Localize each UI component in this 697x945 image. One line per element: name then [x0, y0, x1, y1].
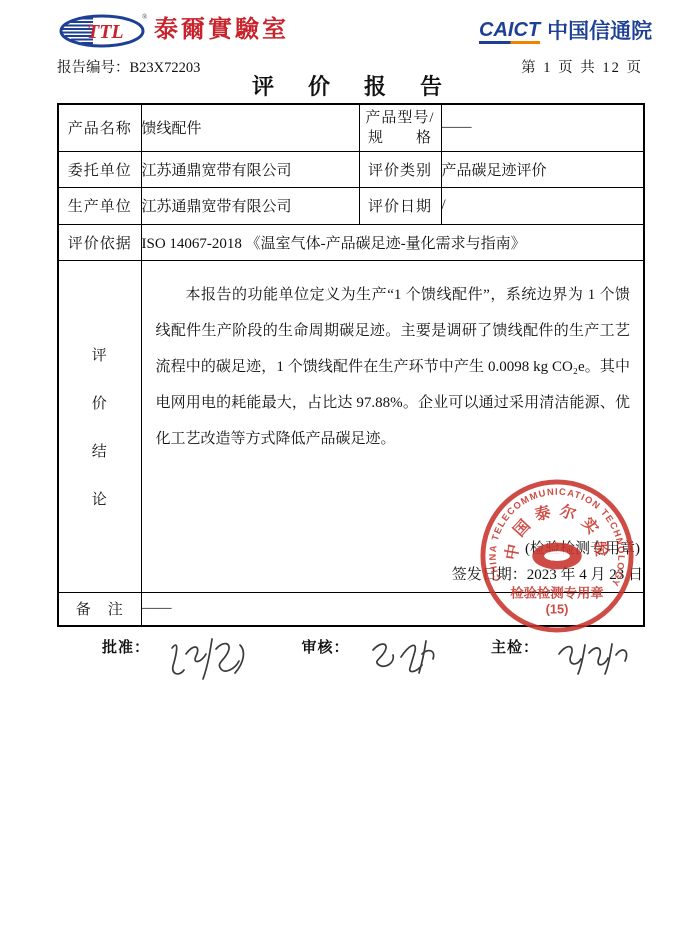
chief-signature-group: 主检： [491, 632, 631, 684]
review-label: 审核： [301, 636, 349, 660]
model-spec-label: 产品型号/ 规 格 [359, 104, 441, 151]
client-label: 委托单位 [58, 151, 141, 187]
conclusion-text: 本报告的功能单位定义为生产“1 个馈线配件”，系统边界为 1 个馈线配件生产阶段… [156, 277, 631, 457]
table-row: 委托单位 江苏通鼎宽带有限公司 评价类别 产品碳足迹评价 [58, 151, 644, 187]
conclusion-char: 价 [92, 392, 108, 413]
conclusion-char: 论 [92, 488, 108, 509]
eval-date-value: / [441, 187, 644, 224]
basis-value: ISO 14067-2018 《温室气体-产品碳足迹-量化需求与指南》 [141, 224, 644, 260]
conclusion-label-chars: 评 价 结 论 [59, 344, 141, 509]
ttl-abbr: TTL [87, 21, 124, 43]
table-row: 评价依据 ISO 14067-2018 《温室气体-产品碳足迹-量化需求与指南》 [58, 224, 644, 260]
conclusion-label: 评 价 结 论 [58, 260, 141, 592]
approver-signature [164, 632, 249, 684]
eval-date-label: 评价日期 [359, 187, 441, 224]
remark-label: 备 注 [58, 592, 141, 626]
caict-abbr: CAICT [479, 20, 540, 44]
caict-underline-icon [479, 41, 540, 44]
manufacturer-label: 生产单位 [58, 187, 141, 224]
conclusion-char: 结 [92, 440, 108, 461]
reviewer-signature [364, 632, 439, 682]
registered-mark-icon: ® [142, 13, 148, 21]
signature-row: 批准： 审核： [57, 632, 643, 684]
seal-bottom-text: 检验检测专用章 [510, 584, 604, 600]
chief-inspector-signature [553, 632, 631, 682]
caict-logo: CAICT 中国信通院 [479, 20, 652, 44]
approve-signature-group: 批准： [102, 632, 249, 684]
seal-number: (15) [546, 601, 569, 616]
client-value: 江苏通鼎宽带有限公司 [141, 151, 359, 187]
table-row: 产品名称 馈线配件 产品型号/ 规 格 —— [58, 104, 644, 151]
ttl-lab-name: 泰爾實驗室 [154, 13, 289, 47]
review-signature-group: 审核： [301, 632, 438, 684]
model-spec-label-line2: 规 格 [360, 128, 441, 148]
model-spec-label-line1: 产品型号/ [360, 108, 441, 128]
chief-label: 主检： [491, 636, 539, 660]
report-title: 评 价 报 告 [57, 70, 643, 101]
basis-label: 评价依据 [58, 224, 141, 260]
report-page: TTL ® 泰爾實驗室 CAICT 中国信通院 报告编号：B23X72203 第… [0, 0, 697, 945]
manufacturer-value: 江苏通鼎宽带有限公司 [141, 187, 359, 224]
product-name-label: 产品名称 [58, 104, 141, 151]
product-name-value: 馈线配件 [141, 104, 359, 151]
table-row: 生产单位 江苏通鼎宽带有限公司 评价日期 / [58, 187, 644, 224]
ttl-ellipse-icon: TTL ® [58, 12, 150, 48]
caict-name: 中国信通院 [547, 20, 652, 44]
category-label: 评价类别 [359, 151, 441, 187]
ttl-logo: TTL ® 泰爾實驗室 [58, 12, 289, 48]
caict-abbr-text: CAICT [479, 19, 540, 41]
official-seal-icon: CHINA TELECOMMUNICATION TECHNOLOGY LABS … [478, 477, 636, 635]
approve-label: 批准： [102, 636, 150, 660]
category-value: 产品碳足迹评价 [441, 151, 644, 187]
model-spec-value: —— [441, 104, 644, 151]
conclusion-char: 评 [92, 344, 108, 365]
